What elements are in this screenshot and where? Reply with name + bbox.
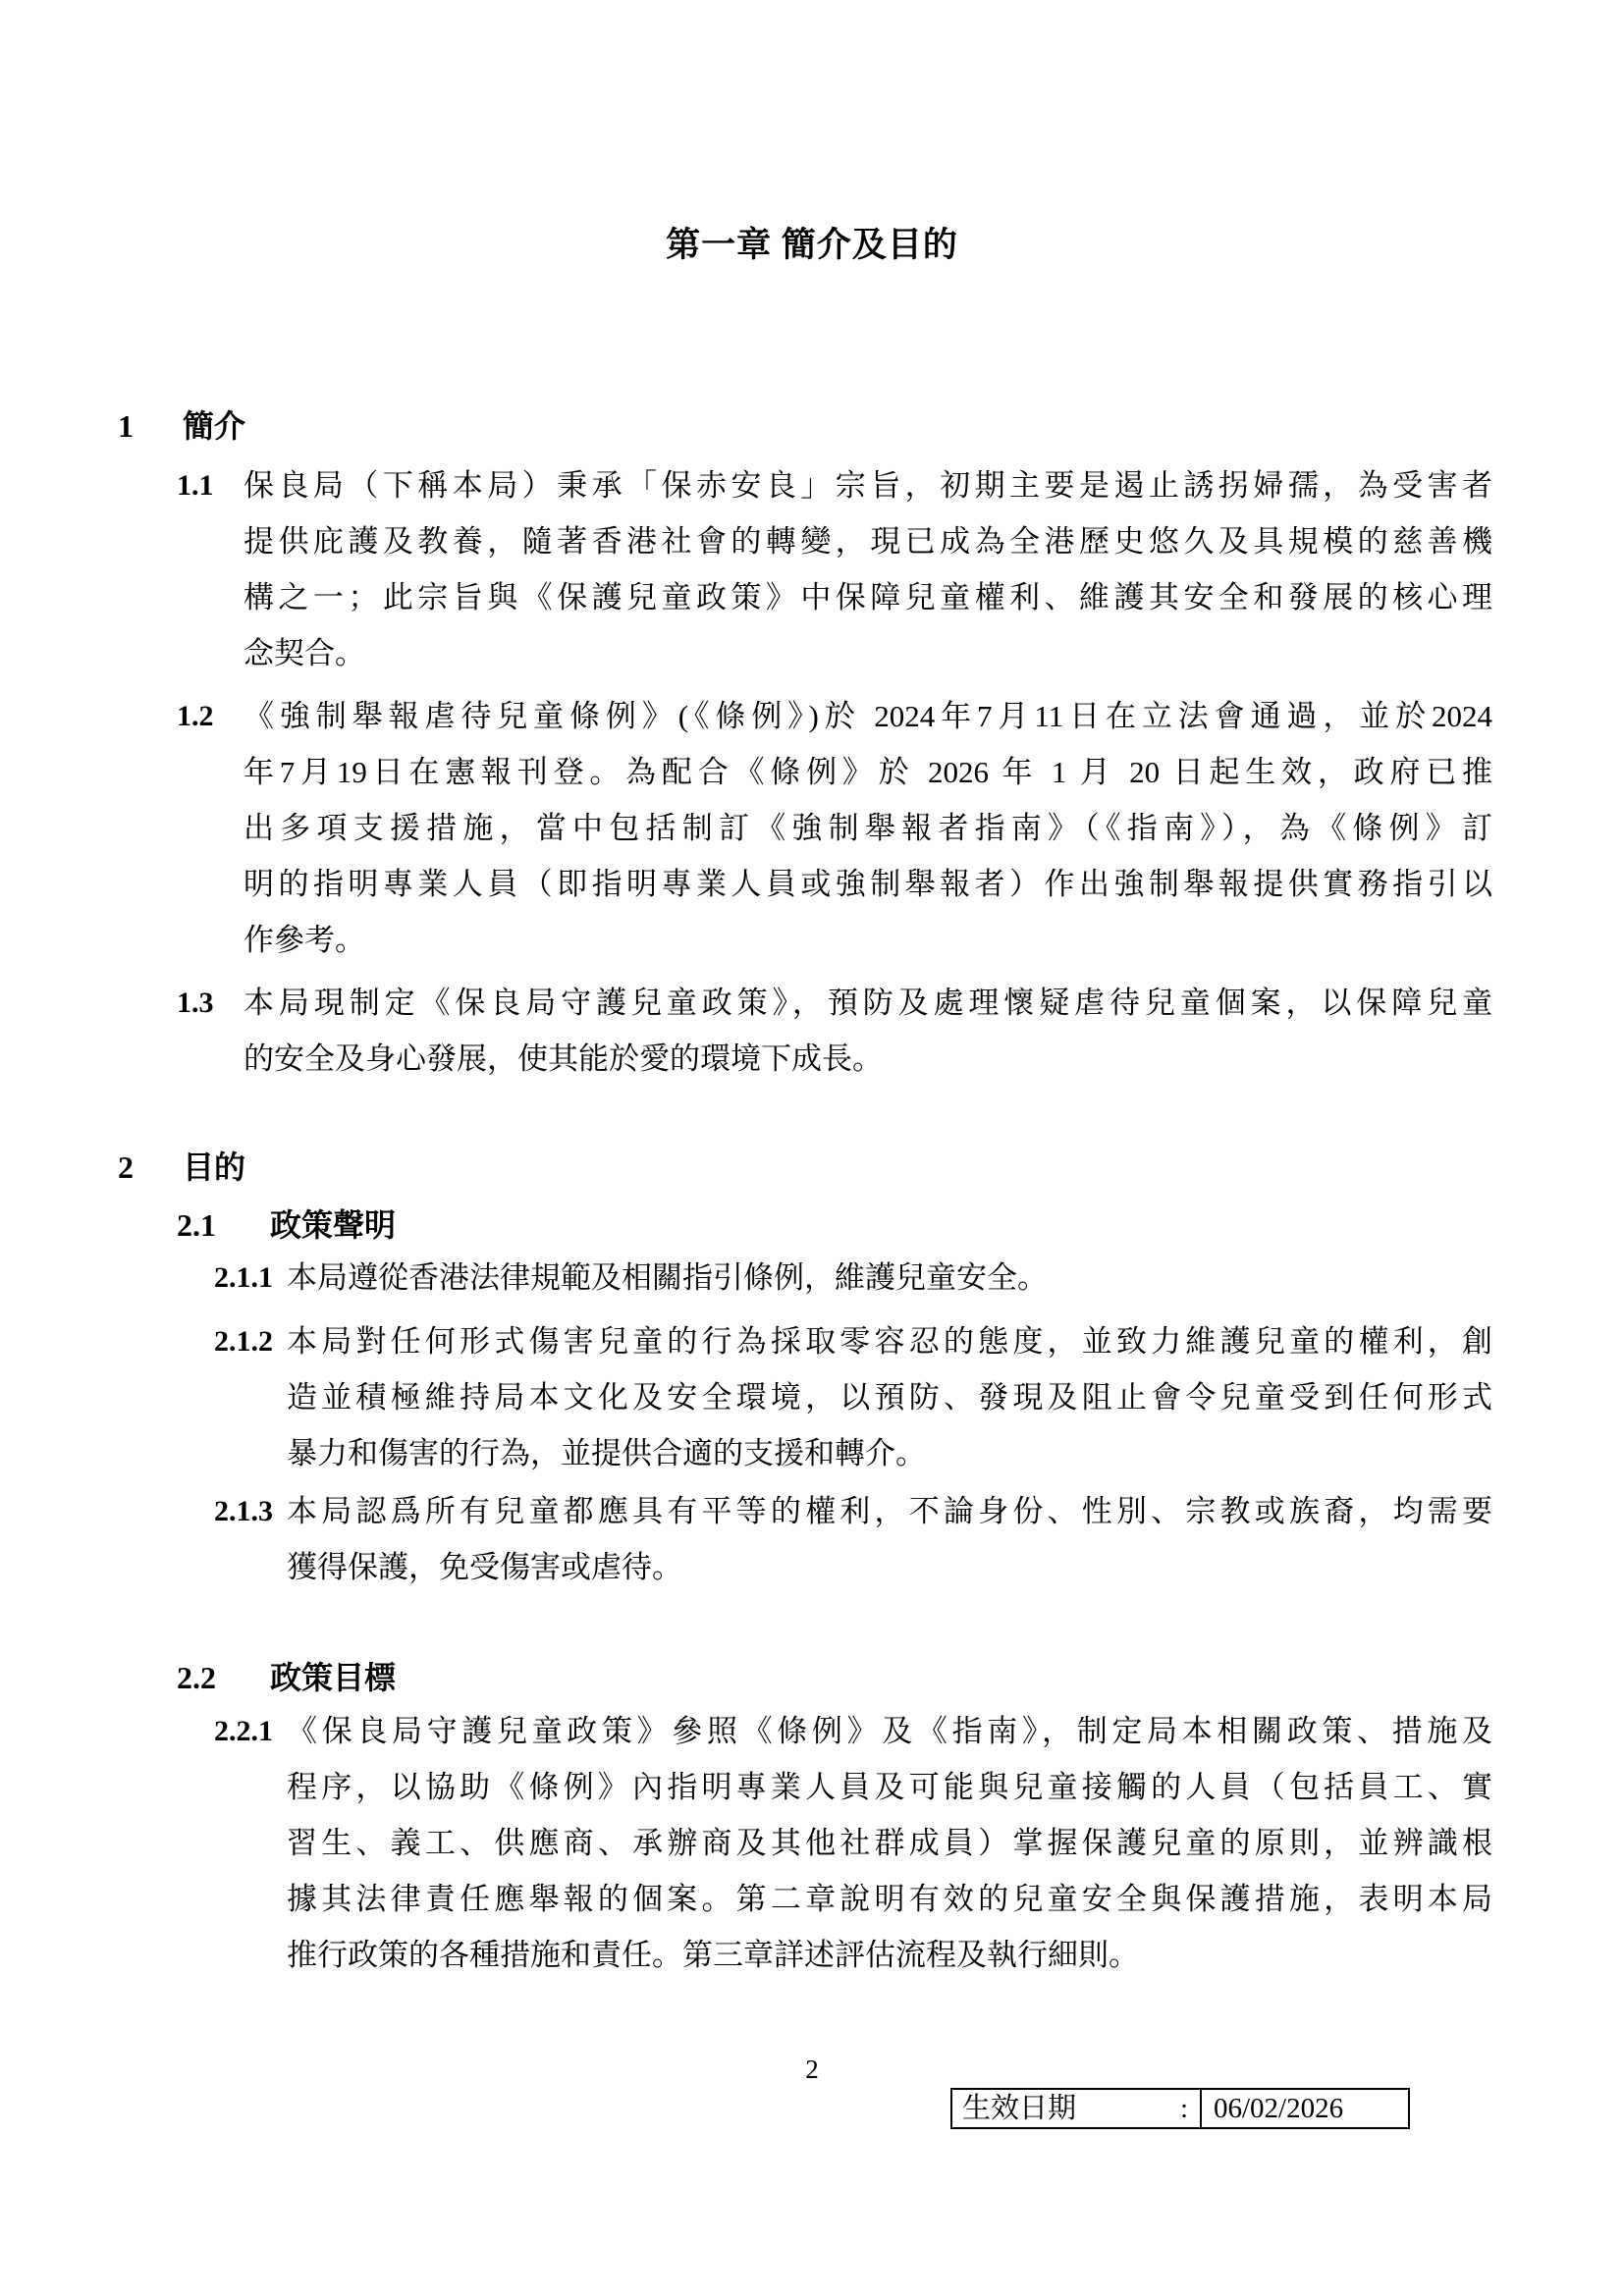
paragraph-line: 念契合。 (244, 625, 1492, 681)
paragraph-line: 保良局（下稱本局）秉承「保赤安良」宗旨，初期主要是遏止誘拐婦孺，為受害者 (244, 457, 1492, 513)
paragraph-line: 提供庇護及教養，隨著香港社會的轉變，現已成為全港歷史悠久及具規模的慈善機 (244, 513, 1492, 569)
footer-table: 生效日期 : 06/02/2026 (950, 2088, 1410, 2129)
paragraph-2-1-1: 2.1.1 本局遵從香港法律規範及相關指引條例，維護兒童安全。 (214, 1250, 1492, 1306)
paragraph-1-2: 1.2 《強制舉報虐待兒童條例》(《條例》)於 2024年7月11日在立法會通過… (177, 688, 1492, 968)
paragraph-number: 1.1 (177, 457, 214, 513)
subsection-2-2-heading: 2.2政策目標 (177, 1656, 396, 1700)
paragraph-line: 《保良局守護兒童政策》參照《條例》及《指南》，制定局本相關政策、措施及 (287, 1703, 1492, 1759)
paragraph-line: 的安全及身心發展，使其能於愛的環境下成長。 (244, 1031, 1492, 1087)
paragraph-line: 本局現制定《保良局守護兒童政策》，預防及處理懷疑虐待兒童個案，以保障兒童 (244, 975, 1492, 1031)
section-1-heading: 1簡介 (118, 404, 245, 449)
paragraph-line: 程序，以協助《條例》內指明專業人員及可能與兒童接觸的人員（包括員工、實 (287, 1759, 1492, 1815)
paragraph-line: 暴力和傷害的行為，並提供合適的支援和轉介。 (287, 1425, 1492, 1481)
paragraph-number: 2.1.3 (214, 1483, 273, 1539)
page-number: 2 (0, 2055, 1624, 2085)
subsection-label: 政策目標 (270, 1660, 396, 1695)
subsection-2-1-heading: 2.1政策聲明 (177, 1203, 396, 1248)
paragraph-1-3: 1.3 本局現制定《保良局守護兒童政策》，預防及處理懷疑虐待兒童個案，以保障兒童… (177, 975, 1492, 1087)
paragraph-1-1: 1.1 保良局（下稱本局）秉承「保赤安良」宗旨，初期主要是遏止誘拐婦孺，為受害者… (177, 457, 1492, 681)
subsection-number: 2.2 (177, 1660, 216, 1695)
paragraph-line: 構之一；此宗旨與《保護兒童政策》中保障兒童權利、維護其安全和發展的核心理 (244, 569, 1492, 625)
paragraph-number: 2.1.2 (214, 1313, 273, 1369)
paragraph-line: 造並積極維持局本文化及安全環境，以預防、發現及阻止會令兒童受到任何形式 (287, 1369, 1492, 1425)
document-page: 第一章 簡介及目的 1簡介 1.1 保良局（下稱本局）秉承「保赤安良」宗旨，初期… (0, 0, 1624, 2296)
section-label: 目的 (183, 1149, 245, 1185)
effective-date-value: 06/02/2026 (1202, 2090, 1408, 2127)
paragraph-number: 2.2.1 (214, 1703, 273, 1759)
effective-date-colon: : (1180, 2091, 1188, 2126)
paragraph-line: 據其法律責任應舉報的個案。第二章說明有效的兒童安全與保護措施，表明本局 (287, 1871, 1492, 1927)
paragraph-line: 獲得保護，免受傷害或虐待。 (287, 1539, 1492, 1595)
paragraph-line: 《強制舉報虐待兒童條例》(《條例》)於 2024年7月11日在立法會通過，並於2… (244, 688, 1492, 744)
section-number: 2 (118, 1149, 134, 1185)
subsection-number: 2.1 (177, 1207, 216, 1243)
paragraph-2-2-1: 2.2.1 《保良局守護兒童政策》參照《條例》及《指南》，制定局本相關政策、措施… (214, 1703, 1492, 1983)
paragraph-line: 作參考。 (244, 912, 1492, 968)
effective-date-label: 生效日期 (962, 2091, 1076, 2126)
paragraph-2-1-3: 2.1.3 本局認爲所有兒童都應具有平等的權利，不論身份、性別、宗教或族裔，均需… (214, 1483, 1492, 1595)
paragraph-line: 本局對任何形式傷害兒童的行為採取零容忍的態度，並致力維護兒童的權利，創 (287, 1313, 1492, 1369)
effective-date-label-cell: 生效日期 : (952, 2090, 1202, 2127)
section-number: 1 (118, 408, 134, 444)
section-2-heading: 2目的 (118, 1146, 245, 1190)
paragraph-line: 出多項支援措施，當中包括制訂《強制舉報者指南》（《指南》），為《條例》訂 (244, 800, 1492, 856)
paragraph-line: 年7月19日在憲報刊登。為配合《條例》於 2026 年 1 月 20 日起生效，… (244, 744, 1492, 800)
section-label: 簡介 (183, 408, 245, 444)
paragraph-number: 1.2 (177, 688, 214, 744)
subsection-label: 政策聲明 (270, 1207, 396, 1243)
paragraph-2-1-2: 2.1.2 本局對任何形式傷害兒童的行為採取零容忍的態度，並致力維護兒童的權利，… (214, 1313, 1492, 1481)
paragraph-line: 本局認爲所有兒童都應具有平等的權利，不論身份、性別、宗教或族裔，均需要 (287, 1483, 1492, 1539)
paragraph-number: 2.1.1 (214, 1250, 273, 1306)
document-title: 第一章 簡介及目的 (0, 218, 1624, 267)
paragraph-number: 1.3 (177, 975, 214, 1031)
paragraph-line: 推行政策的各種措施和責任。第三章詳述評估流程及執行細則。 (287, 1927, 1492, 1983)
paragraph-line: 本局遵從香港法律規範及相關指引條例，維護兒童安全。 (287, 1250, 1492, 1306)
paragraph-line: 明的指明專業人員（即指明專業人員或強制舉報者）作出強制舉報提供實務指引以 (244, 856, 1492, 912)
paragraph-line: 習生、義工、供應商、承辦商及其他社群成員）掌握保護兒童的原則，並辨識根 (287, 1815, 1492, 1871)
